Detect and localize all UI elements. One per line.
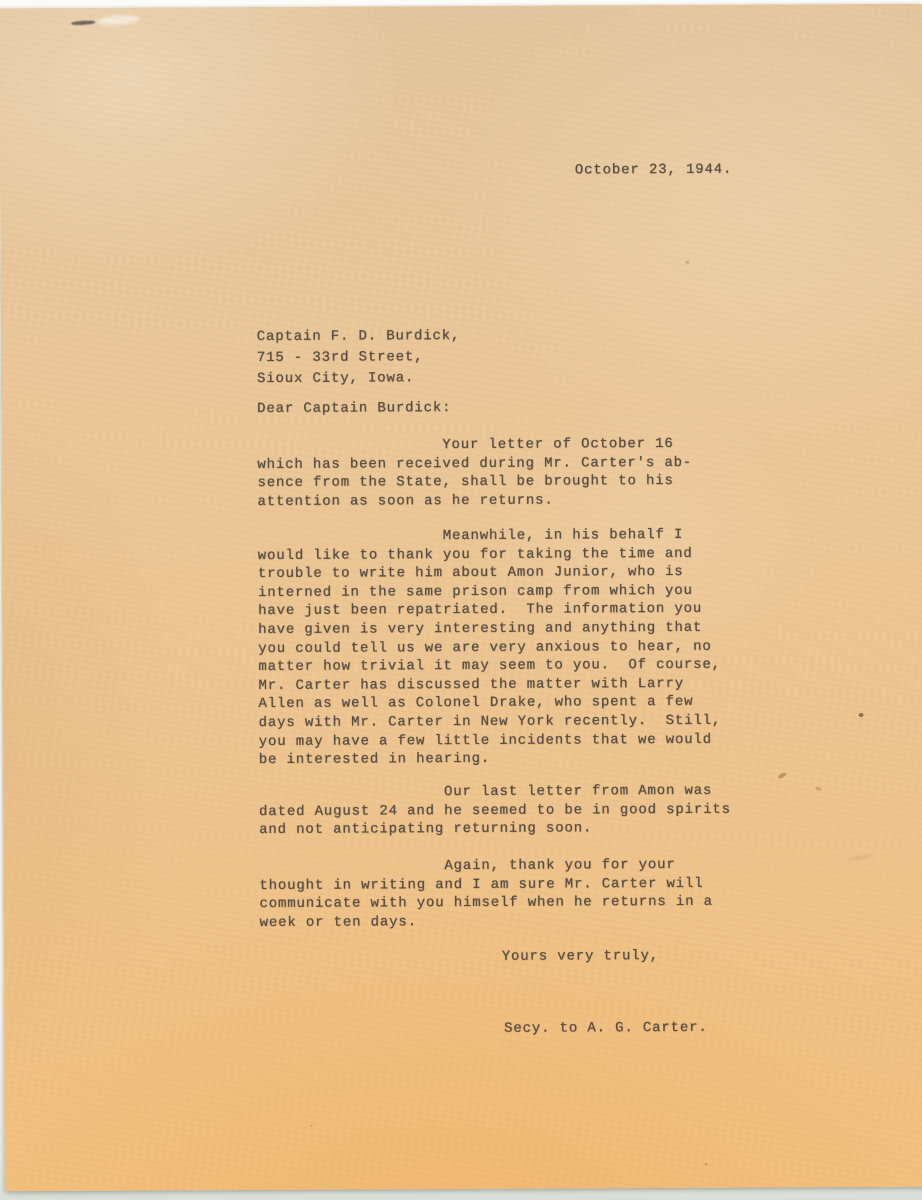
foxing-speck	[705, 1163, 708, 1166]
paragraph-4: Again, thank you for your thought in wri…	[259, 856, 713, 933]
foxing-speck	[310, 1125, 313, 1127]
letter-page: October 23, 1944. Captain F. D. Burdick,…	[0, 4, 922, 1191]
signature-line: Secy. to A. G. Carter.	[504, 1019, 708, 1039]
paragraph-2: Meanwhile, in his behalf I would like to…	[258, 526, 722, 770]
paragraph-1: Your letter of October 16 which has been…	[257, 435, 692, 511]
foxing-speck	[777, 772, 787, 780]
faint-scratch	[848, 854, 874, 862]
pencil-dash-mark	[71, 20, 95, 25]
complimentary-closing: Yours very truly,	[502, 947, 659, 966]
foxing-speck	[815, 786, 823, 791]
salutation: Dear Captain Burdick:	[257, 399, 451, 419]
foxing-speck	[859, 713, 864, 717]
letter-date: October 23, 1944.	[575, 161, 732, 180]
eraser-smudge	[97, 14, 140, 26]
paragraph-3: Our last letter from Amon was dated Augu…	[259, 782, 731, 840]
scanned-letter: October 23, 1944. Captain F. D. Burdick,…	[0, 0, 922, 1200]
foxing-speck	[685, 261, 689, 264]
recipient-address: Captain F. D. Burdick, 715 - 33rd Street…	[257, 326, 461, 389]
